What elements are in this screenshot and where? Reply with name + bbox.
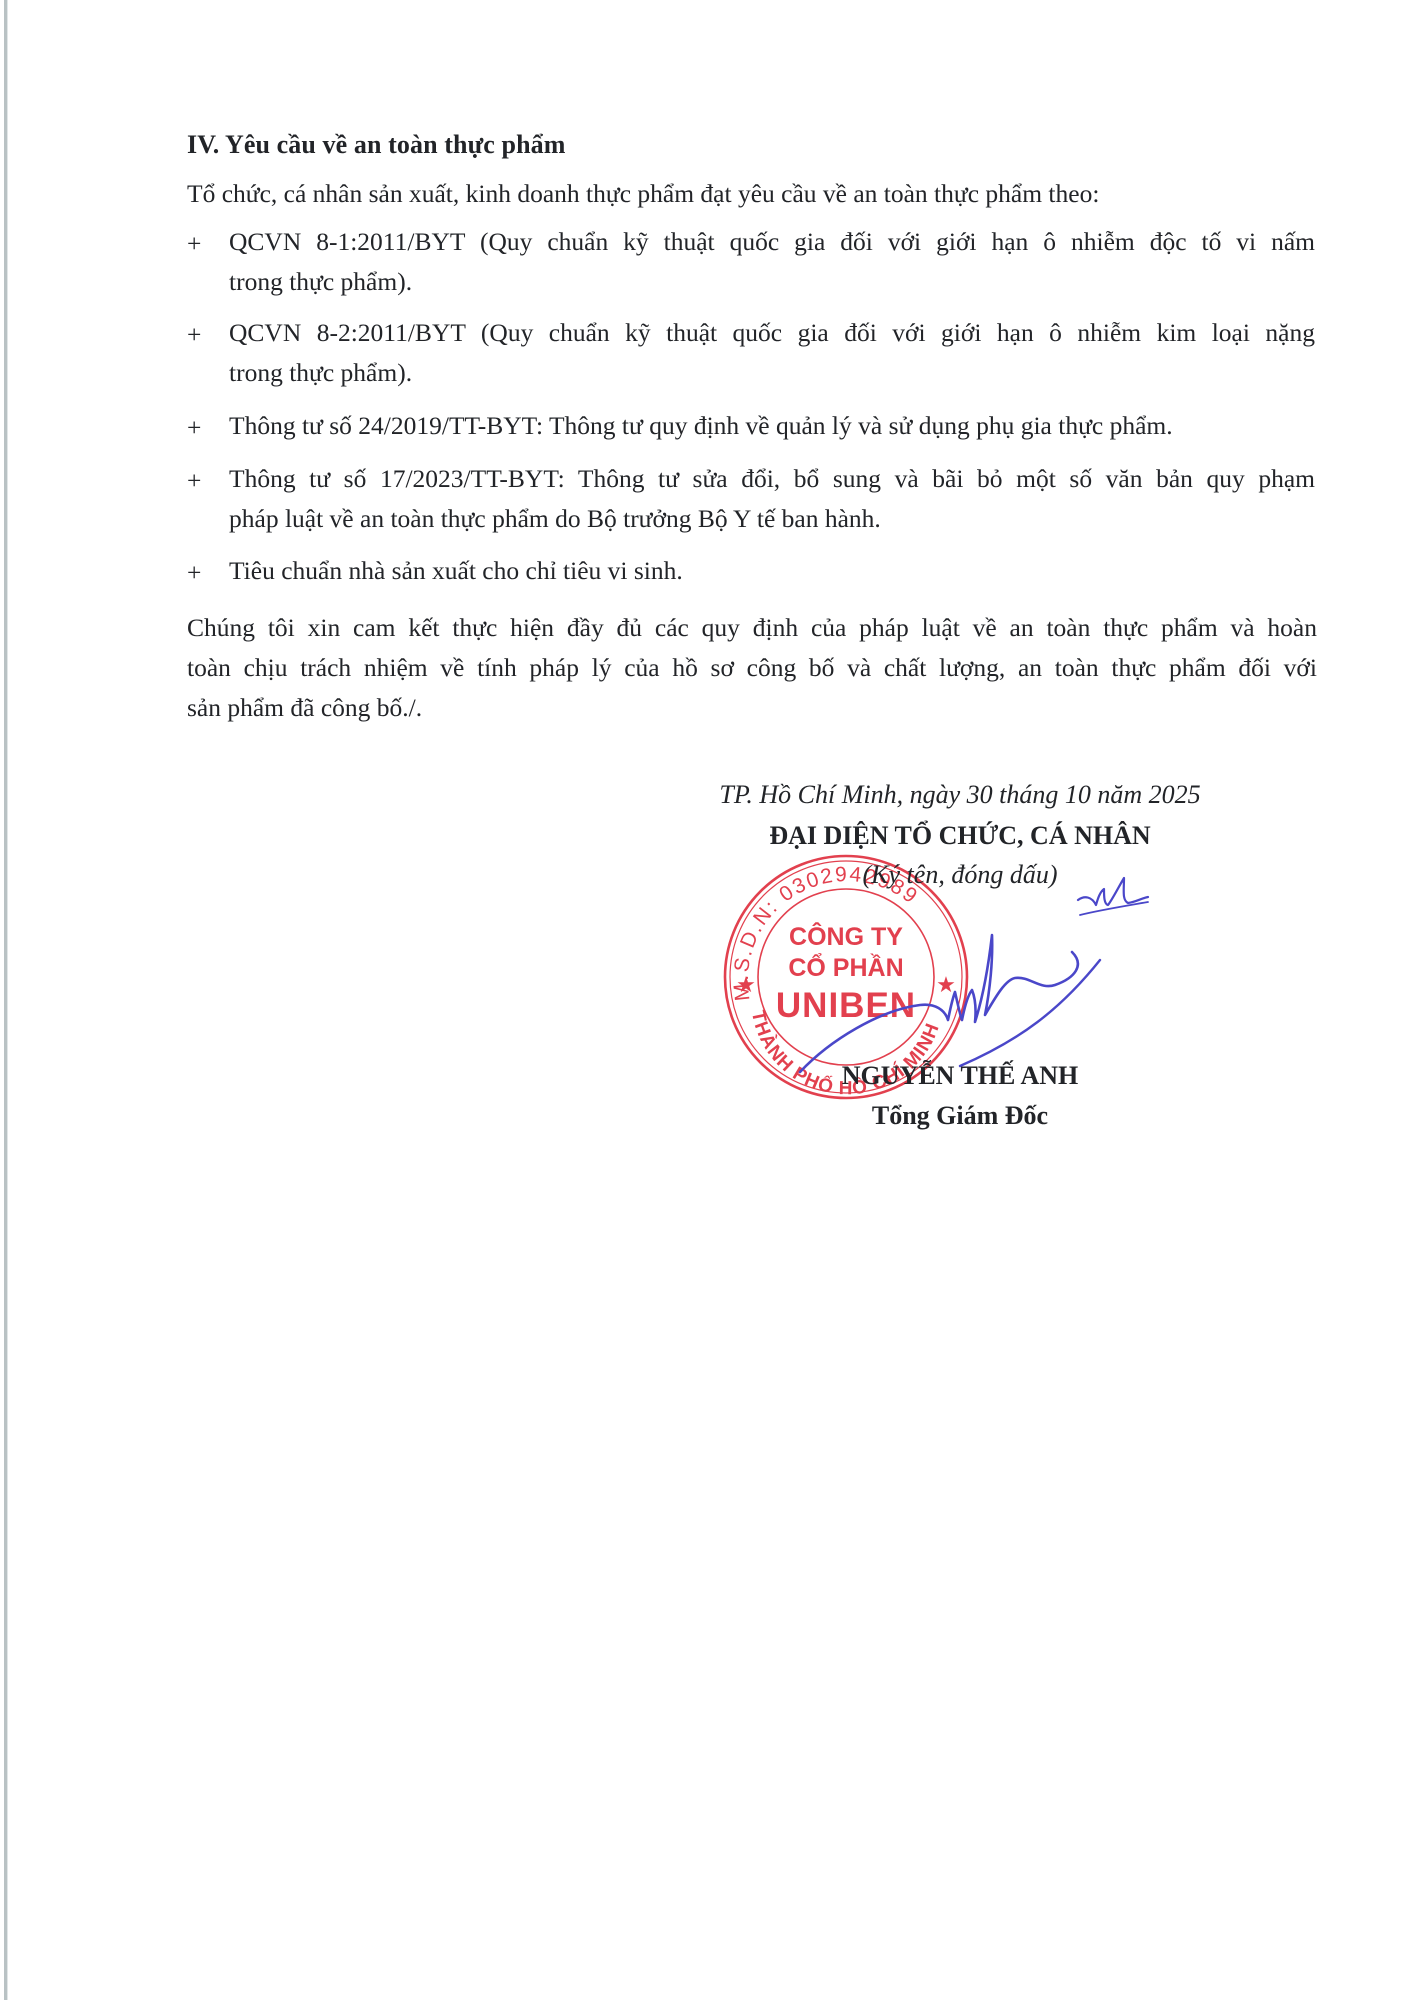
signature-stroke xyxy=(800,935,1078,1072)
handwritten-signature xyxy=(0,0,1414,2000)
initials-underline xyxy=(1080,902,1148,915)
signature-tail-stroke xyxy=(960,960,1100,1066)
initials-mark xyxy=(1078,878,1148,905)
